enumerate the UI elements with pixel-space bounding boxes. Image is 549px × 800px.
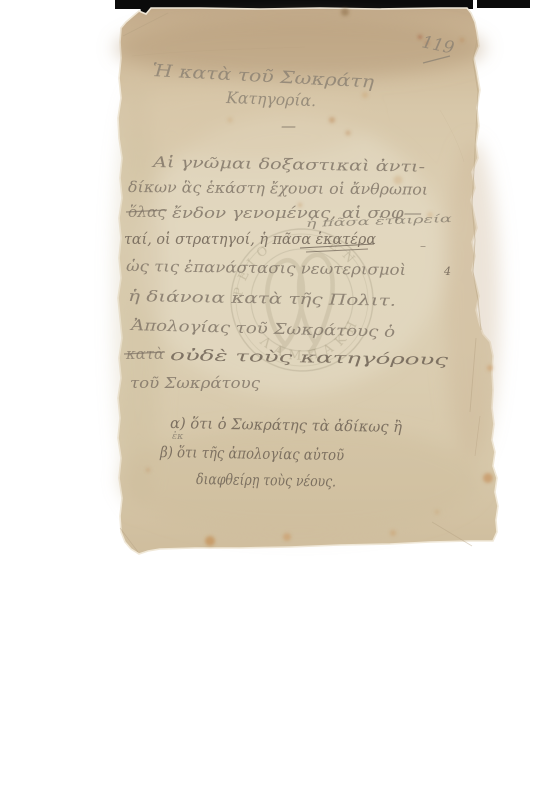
page-scan-canvas: ΡΕΙΟ · · ΕΝ ΛΑΜΠΑΚΗ 119 Ἡ κατὰ τοῦ Σωκρά… xyxy=(0,0,549,800)
handwriting-line-4: ταί, οἱ στρατηγοί, ἡ πᾶσα ἑκατέρα xyxy=(124,230,376,248)
margin-caret-mark: 4 xyxy=(443,265,451,278)
list-item-b: β) ὅτι τῆς ἀπολογίας αὐτοῦ xyxy=(159,443,344,464)
handwriting-line-9: τοῦ Σωκράτους xyxy=(130,374,261,392)
title-line-2: Κατηγορία. xyxy=(225,88,317,110)
superscript-note-b: ἐκ xyxy=(172,431,184,442)
handwriting-line-2: δίκων ἃς ἑκάστη ἔχουσι οἱ ἄνθρωποι xyxy=(128,178,428,199)
list-item-c: διαφθείρῃ τοὺς νέους. xyxy=(196,470,336,490)
scanned-manuscript-page: ΡΕΙΟ · · ΕΝ ΛΑΜΠΑΚΗ 119 Ἡ κατὰ τοῦ Σωκρά… xyxy=(0,0,549,800)
margin-dash: – xyxy=(420,239,426,253)
title-divider-dash: — xyxy=(281,117,296,135)
